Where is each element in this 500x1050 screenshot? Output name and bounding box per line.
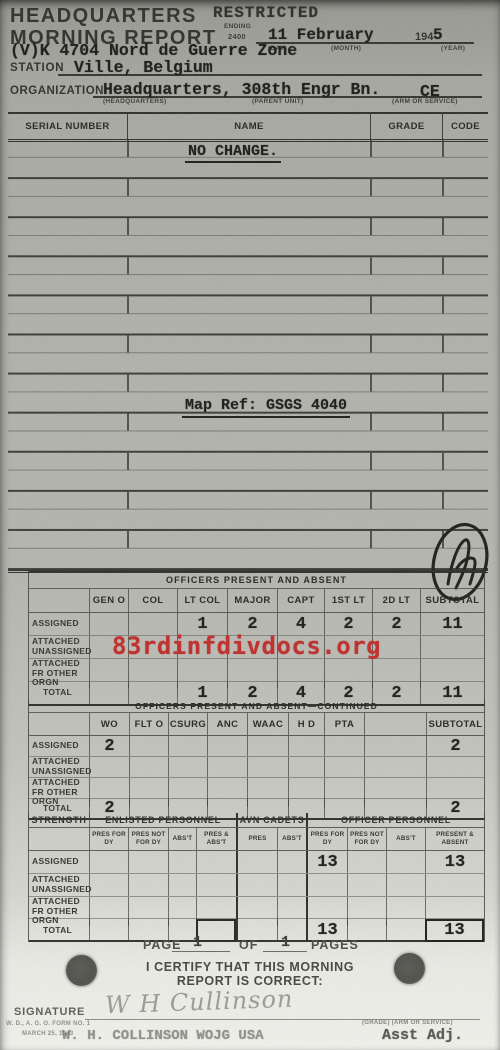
headquarters-heading: HEADQUARTERS <box>10 5 197 28</box>
table-cell <box>324 736 364 756</box>
table-cell <box>386 851 425 873</box>
strength-assigned-row: ASSIGNED 1313 <box>29 851 484 874</box>
table-cell <box>168 736 207 756</box>
table-cell: ANC <box>207 713 247 735</box>
table-cell: PRES FOR DY <box>89 828 128 850</box>
restricted-stamp: RESTRICTED <box>213 4 319 22</box>
signature-label: SIGNATURE <box>14 1006 85 1018</box>
strength-table: STRENGTH ENLISTED PERSONNEL AVN CADETS O… <box>28 813 485 942</box>
page-number-line <box>172 951 230 952</box>
table-cell <box>207 757 247 777</box>
table-cell: ABS'T <box>277 828 306 850</box>
table-cell: 13 <box>306 851 347 873</box>
table-cell: 13 <box>425 919 484 942</box>
table-cell <box>247 757 288 777</box>
table-cell <box>288 736 324 756</box>
table-cell: PRES & ABS'T <box>196 828 236 850</box>
row-label-attached-unassigned: ATTACHED UNASSIGNED <box>29 874 89 896</box>
table-cell <box>168 851 196 873</box>
typed-signature-name: W. H. COLLINSON WOJG USA <box>62 1028 264 1044</box>
table-cell: PRES NOT FOR DY <box>128 828 168 850</box>
table-cell: PTA <box>324 713 364 735</box>
table-cell: 2D LT <box>372 589 420 612</box>
table-cell: ABS'T <box>168 828 196 850</box>
table-cell <box>247 736 288 756</box>
table-cell <box>420 636 484 658</box>
row-label-assigned: ASSIGNED <box>29 613 89 635</box>
table-cell: GRADE <box>370 114 442 139</box>
table-cell <box>426 757 484 777</box>
table-cell: 13 <box>425 851 484 873</box>
blank-corner-cell <box>29 713 89 735</box>
table-cell: ABS'T <box>386 828 425 850</box>
strength-group-label: STRENGTH <box>29 813 89 827</box>
table-cell: PRESENT & ABSENT <box>425 828 484 850</box>
table-cell <box>207 736 247 756</box>
table-cell <box>324 757 364 777</box>
table-cell <box>347 851 386 873</box>
table-cell: WAAC <box>247 713 288 735</box>
table-cell <box>364 736 426 756</box>
table-cell <box>89 919 128 942</box>
station-value: Ville, Belgium <box>74 58 213 77</box>
punch-hole-right <box>394 953 425 984</box>
year-line <box>428 42 474 44</box>
table-cell <box>89 757 129 777</box>
table-cell <box>425 874 484 896</box>
table-cell <box>128 851 168 873</box>
table-cell: SUBTOTAL <box>420 589 484 612</box>
table-cell <box>277 851 306 873</box>
certification-text: I CERTIFY THAT THIS MORNING REPORT IS CO… <box>130 960 370 989</box>
table-cell: 1ST LT <box>324 589 372 612</box>
table-cell <box>236 851 277 873</box>
officers-header-row: GEN OCOLLT COLMAJORCAPT1ST LT2D LTSUBTOT… <box>29 589 484 613</box>
table-cell <box>89 874 128 896</box>
roster-divider-grade <box>370 140 372 570</box>
table-cell: NAME <box>127 114 370 139</box>
enlisted-group-label: ENLISTED PERSONNEL <box>89 813 236 827</box>
of-label: OF <box>239 938 258 952</box>
officers-attached-fr-row: ATTACHED FR OTHER ORGN <box>29 659 484 682</box>
strength-subheader-row: PRES FOR DYPRES NOT FOR DYABS'TPRES & AB… <box>29 828 484 851</box>
officers-continued-title: OFFICERS PRESENT AND ABSENT—CONTINUED <box>29 700 484 713</box>
handwritten-signature: W H Cullinson <box>105 985 294 1020</box>
table-cell: COL <box>128 589 177 612</box>
row-label-total: TOTAL <box>29 919 89 942</box>
table-cell: PRES NOT FOR DY <box>347 828 386 850</box>
avn-cadets-group-label: AVN CADETS <box>236 813 306 827</box>
strength-attached-unassigned-row: ATTACHED UNASSIGNED <box>29 874 484 897</box>
roster-entry-no-change: NO CHANGE. <box>185 143 281 163</box>
table-cell <box>347 874 386 896</box>
roster-body <box>8 140 488 573</box>
table-cell: CODE <box>442 114 488 139</box>
certification-line1: I CERTIFY THAT THIS MORNING <box>130 960 370 974</box>
table-cell <box>196 851 236 873</box>
table-cell <box>129 757 168 777</box>
table-cell: SUBTOTAL <box>426 713 484 735</box>
table-cell: SERIAL NUMBER <box>8 114 127 139</box>
blank-corner-cell <box>29 828 89 850</box>
table-cell: WO <box>89 713 129 735</box>
strength-attached-fr-row: ATTACHED FR OTHER ORGN <box>29 897 484 919</box>
morning-report-document: HEADQUARTERS RESTRICTED MORNING REPORT E… <box>0 0 500 1050</box>
officers-continued-table: OFFICERS PRESENT AND ABSENT—CONTINUED WO… <box>28 700 485 820</box>
table-cell <box>288 757 324 777</box>
typed-signature-title: Asst Adj. <box>382 1027 463 1044</box>
punch-hole-left <box>66 955 97 986</box>
year-label: (YEAR) <box>441 45 465 52</box>
table-cell: PRES FOR DY <box>306 828 347 850</box>
organization-value: Headquarters, 308th Engr Bn. <box>103 80 380 99</box>
table-cell <box>89 851 128 873</box>
table-cell <box>168 874 196 896</box>
officer-group-label: OFFICER PERSONNEL <box>306 813 484 827</box>
organization-label: ORGANIZATION <box>10 85 104 97</box>
table-cell <box>364 713 426 735</box>
roster-divider-code <box>442 140 444 570</box>
station-label: STATION <box>10 62 64 74</box>
table-cell <box>364 757 426 777</box>
map-ref-entry: Map Ref: GSGS 4040 <box>182 397 350 418</box>
table-cell <box>129 736 168 756</box>
page-label: PAGE <box>143 938 182 952</box>
officers-continued-attached-fr-row: ATTACHED FR OTHER ORGN <box>29 778 484 799</box>
table-cell: CSURG <box>168 713 207 735</box>
pages-total: 1 <box>281 934 290 951</box>
ending-label: ENDING <box>224 23 251 30</box>
table-cell <box>128 874 168 896</box>
headquarters-sub-label: (HEADQUARTERS) <box>103 98 166 105</box>
officers-continued-header-row: WOFLT OCSURGANCWAACH DPTASUBTOTAL <box>29 713 484 736</box>
table-cell: PRES <box>236 828 277 850</box>
table-cell <box>168 757 207 777</box>
table-cell: 2 <box>426 736 484 756</box>
row-label-attached-unassigned: ATTACHED UNASSIGNED <box>29 757 89 777</box>
watermark-text: 83rdinfdivdocs.org <box>112 632 381 660</box>
parent-unit-sub-label: (PARENT UNIT) <box>252 98 303 105</box>
row-label-assigned: ASSIGNED <box>29 851 89 873</box>
officers-table-title: OFFICERS PRESENT AND ABSENT <box>29 572 484 589</box>
table-cell: CAPT <box>277 589 324 612</box>
table-cell <box>277 874 306 896</box>
table-cell: 11 <box>420 613 484 635</box>
table-cell: H D <box>288 713 324 735</box>
table-cell <box>386 919 425 942</box>
roster-divider-serial <box>127 140 129 570</box>
strength-group-header-row: STRENGTH ENLISTED PERSONNEL AVN CADETS O… <box>29 813 484 828</box>
officers-continued-attached-unassigned-row: ATTACHED UNASSIGNED <box>29 757 484 778</box>
row-label-assigned: ASSIGNED <box>29 736 89 756</box>
table-cell: MAJOR <box>227 589 277 612</box>
roster-header-row: SERIAL NUMBERNAMEGRADECODE <box>8 112 488 142</box>
table-cell: FLT O <box>129 713 168 735</box>
form-number-fineprint: W. D., A. G. O. FORM NO. 1 <box>6 1021 90 1027</box>
arm-service-sub-label: (ARM OR SERVICE) <box>392 98 458 105</box>
page-number: 1 <box>193 934 202 951</box>
table-cell <box>236 874 277 896</box>
grade-arm-fineprint: (GRADE) (ARM OR SERVICE) <box>362 1020 453 1026</box>
row-label-attached-unassigned: ATTACHED UNASSIGNED <box>29 636 89 658</box>
officers-continued-assigned-row: ASSIGNED 22 <box>29 736 484 757</box>
table-cell: LT COL <box>177 589 227 612</box>
table-cell: GEN O <box>89 589 128 612</box>
table-cell <box>196 874 236 896</box>
blank-corner-cell <box>29 589 89 612</box>
pages-label: PAGES <box>311 938 359 952</box>
pages-total-line <box>263 951 307 952</box>
ending-time: 2400 <box>228 32 246 41</box>
table-cell: 2 <box>89 736 129 756</box>
month-label: (MONTH) <box>331 45 361 52</box>
table-cell <box>386 874 425 896</box>
table-cell <box>306 874 347 896</box>
